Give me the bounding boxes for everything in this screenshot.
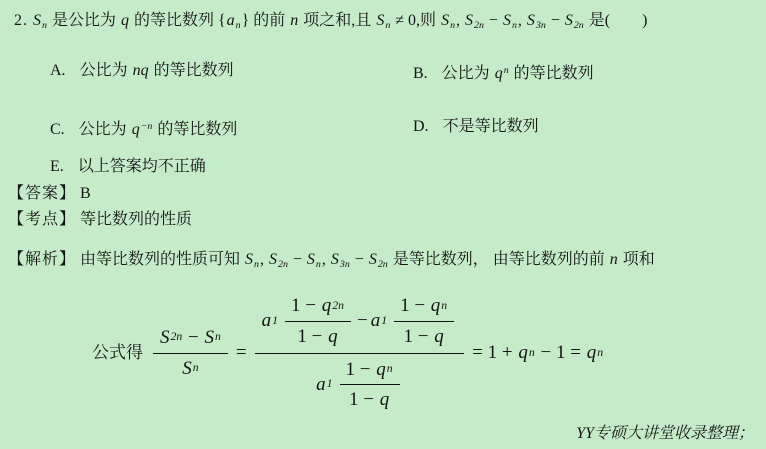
math-token: 1 −	[404, 325, 434, 349]
math-token: 1	[381, 314, 388, 329]
math-token: q	[433, 325, 445, 349]
math-token: ,	[456, 12, 464, 29]
math-token: S	[564, 12, 574, 29]
option-a-text: 公比为 nq 的等比数列	[80, 62, 234, 79]
math-token: −	[357, 309, 368, 333]
math-token: ,	[518, 12, 526, 29]
math-token: 1 −	[291, 294, 321, 318]
math-token: 的等比数列	[510, 65, 594, 82]
math-token: 2n	[171, 330, 184, 345]
option-b-label: B.	[413, 65, 428, 82]
math-token: 1 −	[349, 388, 379, 412]
option-e-label: E.	[50, 158, 64, 175]
answer-tag: 【答案】	[8, 185, 76, 202]
math-token: 2n	[332, 299, 345, 314]
option-c: C. 公比为 q−n 的等比数列	[50, 116, 237, 141]
option-b-text: 公比为 qn 的等比数列	[442, 65, 594, 82]
inner-fraction-3: 1 − qn 1 − q	[340, 357, 400, 414]
math-token: n	[609, 251, 619, 268]
math-token: S	[502, 12, 512, 29]
math-token: 2n	[278, 259, 289, 270]
question-text: Sn 是公比为 q 的等比数列 {an} 的前 n 项之和,且 Sn ≠ 0,则…	[32, 12, 647, 29]
math-token: n	[441, 299, 448, 314]
question-line: 2. Sn 是公比为 q 的等比数列 {an} 的前 n 项之和,且 Sn ≠ …	[14, 10, 647, 37]
inner-fraction-2-den: 1 − q	[398, 322, 451, 350]
math-token: S	[181, 357, 193, 381]
math-token: S	[159, 326, 171, 350]
math-token: 1 −	[400, 294, 430, 318]
analysis-line: 【解析】 由等比数列的性质可知 Sn, S2n − Sn, S3n − S2n …	[8, 249, 655, 276]
analysis-text: 由等比数列的性质可知 Sn, S2n − Sn, S3n − S2n 是等比数列…	[80, 251, 655, 268]
option-d: D. 不是等比数列	[413, 116, 539, 138]
math-token: 公比为	[79, 121, 131, 138]
math-token: } 的前	[242, 12, 290, 29]
question-number: 2.	[14, 12, 28, 29]
option-a-label: A.	[50, 62, 66, 79]
math-token: 是( )	[585, 12, 648, 29]
math-token: −	[547, 12, 564, 29]
math-token: 2n	[378, 259, 389, 270]
math-token: n	[289, 12, 299, 29]
math-token: − 1 =	[536, 341, 586, 365]
equals-sign: =	[236, 341, 247, 365]
math-token: S	[306, 251, 316, 268]
math-token: 1 −	[346, 358, 376, 382]
answer-line: 【答案】 B	[8, 183, 91, 205]
math-token: q	[375, 358, 387, 382]
math-token: S	[464, 12, 474, 29]
math-token: a	[226, 12, 236, 29]
math-token: S	[268, 251, 278, 268]
math-token: 的等比数列	[153, 121, 237, 138]
option-c-text: 公比为 q−n 的等比数列	[79, 121, 238, 138]
inner-fraction-2: 1 − qn 1 − q	[394, 293, 454, 350]
math-token: 是等比数列， 由等比数列的前	[389, 251, 609, 268]
math-token: S	[330, 251, 340, 268]
inner-fraction-3-num: 1 − qn	[340, 357, 400, 386]
math-token: 的等比数列 {	[130, 12, 226, 29]
math-token: ,	[260, 251, 268, 268]
math-token: 以上答案均不正确	[78, 158, 206, 175]
math-token: a	[261, 309, 273, 333]
option-e: E. 以上答案均不正确	[50, 156, 206, 178]
math-token: 3n	[536, 20, 547, 31]
rhs-denominator: a1 1 − qn 1 − q	[309, 354, 410, 415]
answer-value: B	[80, 185, 91, 202]
math-token: 公比为	[442, 65, 494, 82]
math-token: 项和	[619, 251, 655, 268]
math-token: −	[289, 251, 306, 268]
keypoint-value: 等比数列的性质	[80, 211, 192, 228]
analysis-tag: 【解析】	[8, 251, 76, 268]
math-token: −	[485, 12, 502, 29]
math-token: q	[327, 325, 339, 349]
math-token: n	[193, 361, 200, 376]
math-token: q	[517, 341, 529, 365]
option-e-text: 以上答案均不正确	[78, 158, 206, 175]
math-token: S	[368, 251, 378, 268]
minus-sign: −	[357, 309, 368, 333]
math-token: = 1 +	[472, 341, 517, 365]
option-a: A. 公比为 nq 的等比数列	[50, 60, 234, 82]
math-token: n	[529, 346, 536, 361]
inner-fraction-3-den: 1 − q	[343, 385, 396, 413]
math-token: S	[203, 326, 215, 350]
formula-block: 公式得 S2n − Sn Sn = a1 1 − q2n 1 − q − a1 …	[92, 292, 604, 414]
coefficient-a1: a1	[261, 309, 279, 333]
math-token: ,	[322, 251, 330, 268]
inner-fraction-1-den: 1 − q	[291, 322, 344, 350]
math-token: S	[526, 12, 536, 29]
math-token: 是公比为	[48, 12, 120, 29]
math-token: n	[215, 330, 222, 345]
math-token: 公比为	[80, 62, 132, 79]
inner-fraction-1-num: 1 − q2n	[285, 293, 351, 322]
option-d-label: D.	[413, 118, 429, 135]
inner-fraction-1: 1 − q2n 1 − q	[285, 293, 351, 350]
math-token: −n	[141, 121, 154, 132]
math-token: −	[183, 326, 203, 350]
option-c-label: C.	[50, 121, 65, 138]
coefficient-a1: a1	[315, 373, 333, 397]
inner-fraction-2-num: 1 − qn	[394, 293, 454, 322]
lhs-fraction: S2n − Sn Sn	[153, 325, 228, 382]
math-token: S	[440, 12, 450, 29]
option-b: B. 公比为 qn 的等比数列	[413, 60, 594, 85]
math-token: 1	[272, 314, 279, 329]
formula-result: = 1 + qn − 1 = qn	[472, 341, 604, 365]
lhs-denominator: Sn	[175, 354, 205, 382]
math-token: S	[32, 12, 42, 29]
math-token: 3n	[340, 259, 351, 270]
rhs-numerator: a1 1 − q2n 1 − q − a1 1 − qn 1 − q	[255, 292, 465, 354]
math-token: q	[430, 294, 442, 318]
math-token: 1 −	[297, 325, 327, 349]
math-token: q	[321, 294, 333, 318]
math-token: nq	[132, 62, 150, 79]
math-token: S	[375, 12, 385, 29]
keypoint-line: 【考点】 等比数列的性质	[8, 209, 192, 231]
math-token: q	[494, 65, 504, 82]
math-token: S	[244, 251, 254, 268]
math-token: n	[387, 362, 394, 377]
footer-credit: YY专硕大讲堂收录整理；	[576, 423, 754, 445]
math-token: 的等比数列	[150, 62, 234, 79]
math-token: 2n	[574, 20, 585, 31]
rhs-fraction: a1 1 − q2n 1 − q − a1 1 − qn 1 − q a1 1 …	[255, 292, 465, 414]
coefficient-a1: a1	[370, 309, 388, 333]
math-token: q	[120, 12, 130, 29]
formula-prefix: 公式得	[92, 342, 143, 363]
math-token: n	[597, 346, 604, 361]
math-token: q	[131, 121, 141, 138]
option-d-text: 不是等比数列	[443, 118, 539, 135]
math-token: a	[315, 373, 327, 397]
math-token: 1	[327, 377, 334, 392]
worksheet-page: 2. Sn 是公比为 q 的等比数列 {an} 的前 n 项之和,且 Sn ≠ …	[0, 0, 766, 449]
math-token: 2n	[474, 20, 485, 31]
math-token: a	[370, 309, 382, 333]
math-token: ≠ 0,则	[391, 12, 440, 29]
math-token: 由等比数列的性质可知	[80, 251, 244, 268]
math-token: 不是等比数列	[443, 118, 539, 135]
math-token: q	[379, 388, 391, 412]
math-token: −	[351, 251, 368, 268]
math-token: 项之和,且	[299, 12, 375, 29]
keypoint-tag: 【考点】	[8, 211, 76, 228]
lhs-numerator: S2n − Sn	[153, 325, 228, 354]
math-token: q	[586, 341, 598, 365]
